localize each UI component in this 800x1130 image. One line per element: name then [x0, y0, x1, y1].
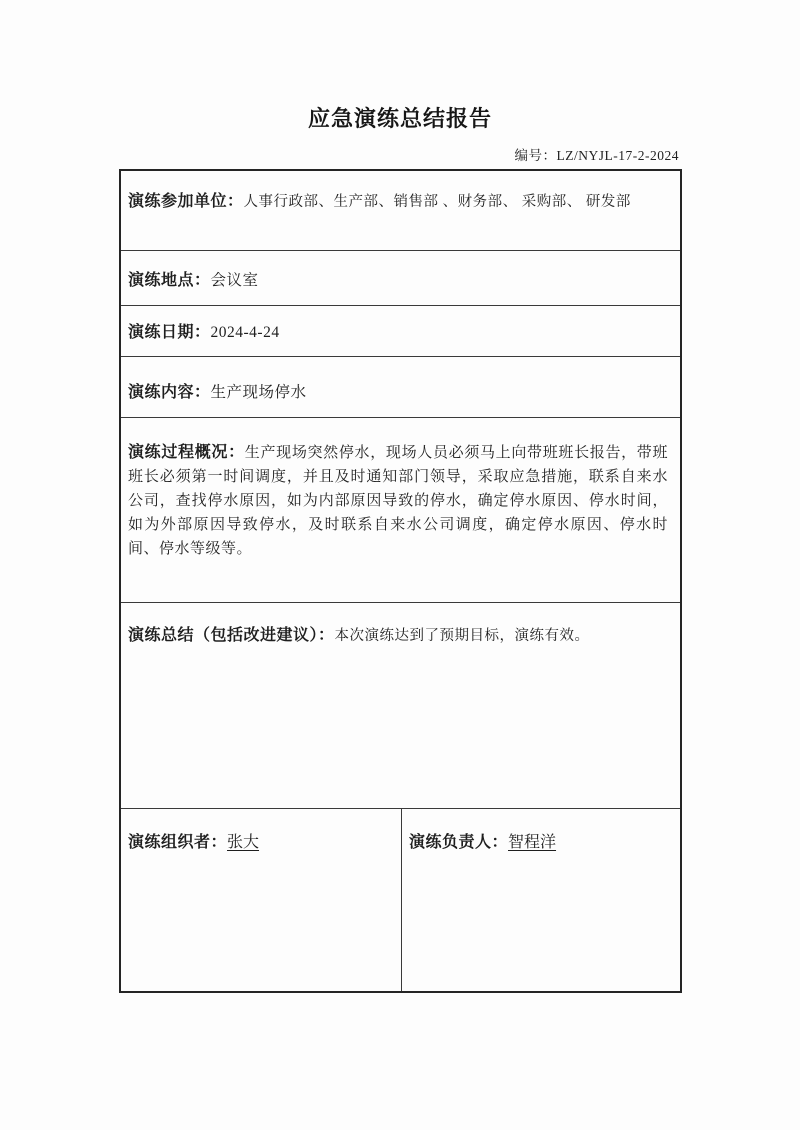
report-table: 演练参加单位：人事行政部、生产部、销售部 、财务部、 采购部、 研发部 演练地点… [119, 169, 682, 993]
row-label: 演练地点： [128, 272, 211, 289]
table-row-participating-units: 演练参加单位：人事行政部、生产部、销售部 、财务部、 采购部、 研发部 [121, 171, 680, 250]
row-label: 演练过程概况： [128, 444, 245, 461]
row-value: 人事行政部、生产部、销售部 、财务部、 采购部、 研发部 [244, 194, 631, 210]
row-label: 演练内容： [128, 384, 211, 401]
organizer-name: 张大 [227, 834, 259, 851]
leader-name: 智程洋 [508, 834, 556, 851]
report-title: 应急演练总结报告 [0, 102, 800, 133]
table-row-signatures: 演练组织者：张大 演练负责人：智程洋 [121, 808, 680, 991]
row-value: 本次演练达到了预期目标，演练有效。 [335, 628, 590, 644]
row-value: 2024-4-24 [211, 324, 280, 341]
row-label: 演练日期： [128, 324, 211, 341]
table-row-summary: 演练总结（包括改进建议）：本次演练达到了预期目标，演练有效。 [121, 602, 680, 808]
doc-number: 编号：LZ/NYJL-17-2-2024 [119, 144, 679, 164]
leader-label: 演练负责人： [409, 834, 508, 851]
table-row-location: 演练地点：会议室 [121, 250, 680, 305]
table-row-date: 演练日期：2024-4-24 [121, 305, 680, 356]
row-value: 生产现场停水 [211, 384, 307, 401]
leader-cell: 演练负责人：智程洋 [402, 809, 680, 991]
row-value: 生产现场突然停水，现场人员必须马上向带班班长报告，带班班长必须第一时间调度，并且… [128, 445, 668, 557]
document-page: 应急演练总结报告 编号：LZ/NYJL-17-2-2024 演练参加单位：人事行… [0, 0, 800, 1130]
row-value: 会议室 [211, 272, 259, 289]
organizer-label: 演练组织者： [128, 834, 227, 851]
organizer-cell: 演练组织者：张大 [121, 809, 402, 991]
row-label: 演练总结（包括改进建议）： [128, 627, 335, 644]
table-row-process-overview: 演练过程概况：生产现场突然停水，现场人员必须马上向带班班长报告，带班班长必须第一… [121, 417, 680, 602]
row-label: 演练参加单位： [128, 193, 244, 210]
table-row-content: 演练内容：生产现场停水 [121, 356, 680, 417]
